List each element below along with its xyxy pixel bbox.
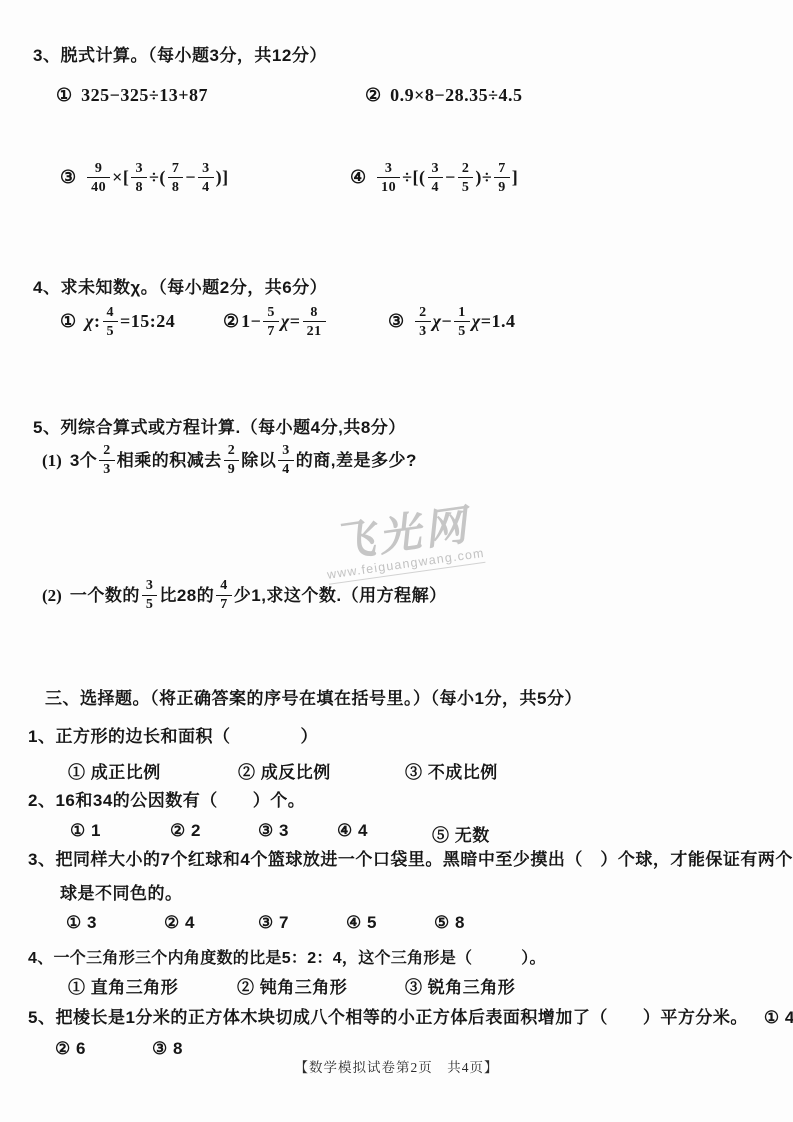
option-label: ② 4 [164, 913, 195, 933]
problem-number: ④ [350, 167, 366, 187]
choice-q2-stem: 2、16和34的公因数有（ ）个。 [28, 790, 305, 812]
word-problem-2: (2)一个数的35比28的47少1,求这个数.（用方程解） [42, 580, 447, 614]
problem-number: (2) [42, 586, 62, 605]
fraction: 23 [99, 443, 115, 477]
option-label: ⑤ 8 [434, 913, 465, 933]
computation-problem-3: ③940×[38÷(78−34)] [60, 162, 229, 196]
choice-q1-stem: 1、正方形的边长和面积（ ） [28, 726, 318, 748]
computation-problem-2: ②0.9×8−28.35÷4.5 [365, 85, 523, 106]
option-label: ④ 5 [346, 913, 377, 933]
fraction: 45 [103, 304, 119, 338]
fraction: 25 [458, 160, 474, 194]
problem-number: ① [60, 311, 76, 331]
problem-number: (1) [42, 451, 62, 470]
option-label: ② 钝角三角形 [237, 973, 347, 998]
math-expression: 310÷[(34−25)÷79] [375, 167, 518, 187]
fraction: 35 [142, 578, 158, 612]
problem-text: 一个数的35比28的47少1,求这个数.（用方程解） [70, 586, 447, 605]
fraction: 57 [263, 304, 279, 338]
choice-q5-stem-line: 5、把棱长是1分米的正方体木块切成八个相等的小正方体后表面积增加了（ ）平方分米… [28, 1007, 793, 1029]
choice-q3-stem-line2: 球是不同色的。 [60, 883, 183, 905]
option-label: ① 成正比例 [68, 758, 161, 783]
option-label: ② 成反比例 [238, 758, 331, 783]
fraction: 29 [224, 443, 240, 477]
math-expression: 940×[38÷(78−34)] [85, 167, 228, 187]
unknown-problem-2: ②1−57χ=821 [223, 306, 328, 340]
option-label: ② 2 [170, 821, 201, 841]
word-problem-1: (1)3个23相乘的积减去29除以34的商,差是多少? [42, 445, 417, 479]
fraction: 79 [494, 160, 510, 194]
math-expression: 23χ−15χ=1.4 [413, 311, 515, 331]
math-expression: χ:45=15:24 [85, 311, 175, 331]
watermark: 飞光网 www.feiguangwang.com [300, 499, 507, 587]
option-label: ① 4 [764, 1008, 793, 1027]
math-expression: 1−57χ=821 [241, 311, 327, 331]
computation-problem-4: ④310÷[(34−25)÷79] [350, 162, 518, 196]
unknown-problem-1: ①χ:45=15:24 [60, 306, 175, 340]
option-label: ③ 不成比例 [405, 758, 498, 783]
option-label: ③ 锐角三角形 [405, 973, 515, 998]
problem-number: ③ [60, 167, 76, 187]
option-label: ① 3 [66, 913, 97, 933]
problem-number: ③ [388, 311, 404, 331]
option-label: ① 直角三角形 [68, 973, 178, 998]
math-expression: 325−325÷13+87 [81, 85, 208, 105]
unknown-problem-3: ③23χ−15χ=1.4 [388, 306, 515, 340]
section-choice-title: 三、选择题。（将正确答案的序号在填在括号里。）（每小1分，共5分） [45, 688, 582, 710]
fraction: 47 [216, 578, 232, 612]
computation-problem-1: ①325−325÷13+87 [56, 85, 208, 106]
section-word-problems-title: 5、列综合算式或方程计算.（每小题4分,共8分） [33, 417, 406, 439]
fraction: 34 [198, 160, 214, 194]
choice-q3-stem-line1: 3、把同样大小的7个红球和4个篮球放进一个口袋里。黑暗中至少摸出（ ）个球，才能… [28, 849, 793, 871]
math-expression: 0.9×8−28.35÷4.5 [390, 85, 522, 105]
choice-q5-stem: 5、把棱长是1分米的正方体木块切成八个相等的小正方体后表面积增加了（ ）平方分米… [28, 1008, 748, 1027]
option-label: ③ 3 [258, 821, 289, 841]
option-label: ④ 4 [337, 821, 368, 841]
problem-number: ② [365, 85, 381, 105]
problem-number: ① [56, 85, 72, 105]
exam-page: 3、脱式计算。（每小题3分，共12分） ①325−325÷13+87 ②0.9×… [0, 0, 793, 1122]
section-unknowns-title: 4、求未知数χ。（每小题2分，共6分） [33, 277, 327, 299]
fraction: 23 [415, 304, 431, 338]
problem-number: ② [223, 311, 239, 331]
option-label: ③ 7 [258, 913, 289, 933]
fraction: 310 [377, 160, 400, 194]
fraction: 34 [278, 443, 294, 477]
fraction: 15 [454, 304, 470, 338]
option-label: ① 1 [70, 821, 101, 841]
page-footer: 【数学模拟试卷第2页 共4页】 [0, 1056, 793, 1076]
fraction: 34 [428, 160, 444, 194]
option-label: ⑤ 无数 [432, 821, 490, 846]
fraction: 821 [303, 304, 326, 338]
choice-q4-stem: 4、一个三角形三个内角度数的比是5：2：4，这个三角形是（ ）。 [28, 945, 546, 968]
fraction: 38 [131, 160, 147, 194]
section-computation-title: 3、脱式计算。（每小题3分，共12分） [33, 45, 327, 67]
fraction: 78 [168, 160, 184, 194]
fraction: 940 [87, 160, 110, 194]
problem-text: 3个23相乘的积减去29除以34的商,差是多少? [70, 451, 417, 470]
